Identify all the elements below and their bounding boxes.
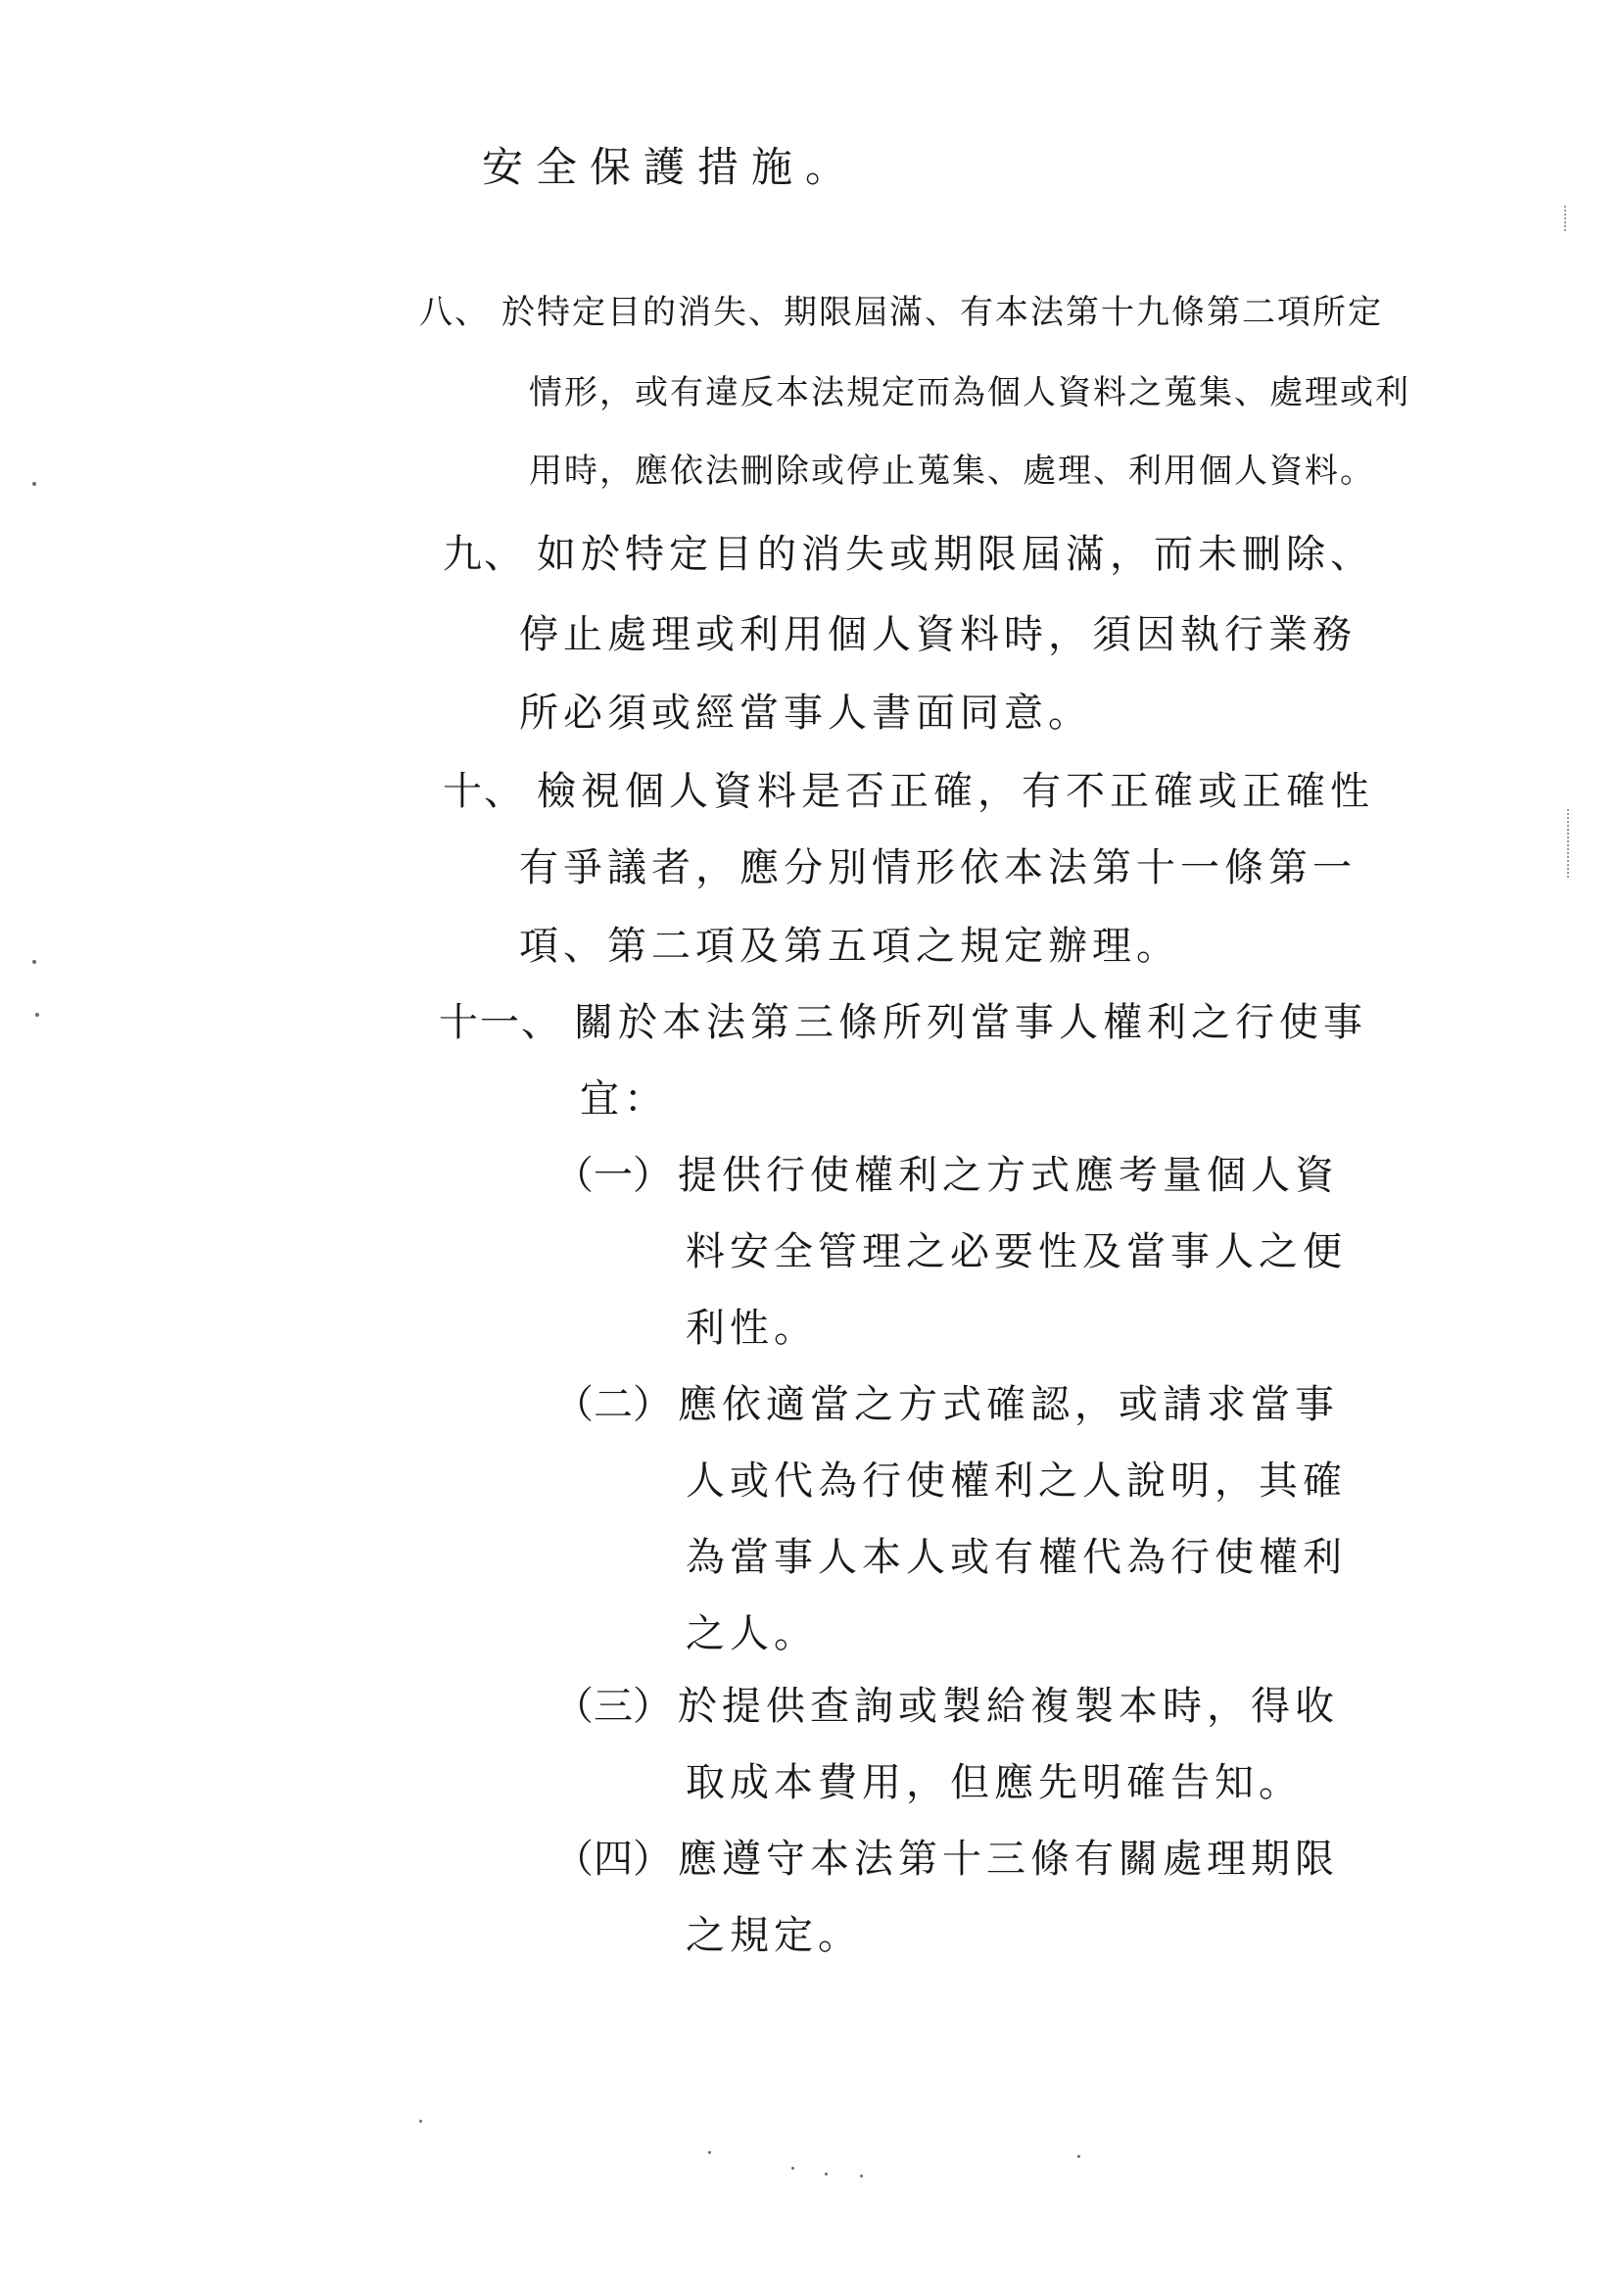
- subitem-1-text-1: 提供行使權利之方式應考量個人資: [678, 1153, 1339, 1198]
- item-11-line-1: 十一、關於本法第三條所列當事人權利之行使事: [439, 1003, 1367, 1042]
- subitem-4-line-2: 之規定。: [686, 1916, 862, 1955]
- item-8-line-3: 用時，應依法刪除或停止蒐集、處理、利用個人資料。: [529, 454, 1375, 488]
- item-11-line-2: 宜：: [580, 1079, 668, 1119]
- scan-edge-mark: [1564, 206, 1568, 231]
- scan-speck: [708, 2151, 711, 2154]
- scan-speck: [825, 2173, 828, 2176]
- item-10-line-1: 十、檢視個人資料是否正確，有不正確或正確性: [443, 772, 1374, 811]
- scan-speck: [35, 1013, 39, 1017]
- scan-speck: [419, 2120, 422, 2123]
- item-9-line-1: 九、如於特定目的消失或期限屆滿，而未刪除、: [443, 535, 1374, 574]
- scan-speck: [791, 2167, 794, 2170]
- item-11-number: 十一、: [439, 1000, 562, 1045]
- item-8-text-1: 於特定目的消失、期限屆滿、有本法第十九條第二項所定: [501, 293, 1383, 332]
- subitem-1-line-2: 料安全管理之必要性及當事人之便: [686, 1232, 1347, 1271]
- scan-speck: [32, 482, 36, 486]
- item-9-line-3: 所必須或經當事人書面同意。: [519, 694, 1092, 733]
- item-10-number: 十、: [443, 769, 525, 814]
- subitem-4-text-1: 應遵守本法第十三條有關處理期限: [678, 1837, 1339, 1882]
- item-10-line-3: 項、第二項及第五項之規定辦理。: [519, 927, 1180, 966]
- subitem-1-number: （一）: [554, 1153, 672, 1198]
- item-8-line-2: 情形，或有違反本法規定而為個人資料之蒐集、處理或利: [529, 376, 1410, 409]
- item-11-text-1: 關於本法第三條所列當事人權利之行使事: [574, 1000, 1367, 1045]
- item-8-number: 八、: [419, 293, 490, 332]
- subitem-2-line-4: 之人。: [686, 1614, 818, 1653]
- subitem-2-line-3: 為當事人本人或有權代為行使權利: [686, 1538, 1347, 1577]
- subitem-3-text-1: 於提供查詢或製給複製本時，得收: [678, 1684, 1339, 1729]
- scan-speck: [1077, 2155, 1080, 2158]
- subitem-3-line-2: 取成本費用，但應先明確告知。: [686, 1763, 1303, 1802]
- item-8-line-1: 八、於特定目的消失、期限屆滿、有本法第十九條第二項所定: [419, 296, 1383, 329]
- subitem-2-line-1: （二）應依適當之方式確認，或請求當事: [554, 1385, 1339, 1424]
- scan-speck: [32, 960, 36, 964]
- subitem-3-line-1: （三）於提供查詢或製給複製本時，得收: [554, 1687, 1339, 1726]
- subitem-2-line-2: 人或代為行使權利之人說明，其確: [686, 1461, 1347, 1501]
- subitem-4-number: （四）: [554, 1837, 672, 1882]
- subitem-4-line-1: （四）應遵守本法第十三條有關處理期限: [554, 1840, 1339, 1879]
- item-10-text-1: 檢視個人資料是否正確，有不正確或正確性: [537, 769, 1374, 814]
- subitem-2-number: （二）: [554, 1382, 672, 1427]
- subitem-3-number: （三）: [554, 1684, 672, 1729]
- subitem-2-text-1: 應依適當之方式確認，或請求當事: [678, 1382, 1339, 1427]
- scan-speck: [860, 2175, 863, 2177]
- subitem-1-line-1: （一）提供行使權利之方式應考量個人資: [554, 1156, 1339, 1195]
- item-10-line-2: 有爭議者，應分別情形依本法第十一條第一: [519, 848, 1357, 887]
- scanned-document-page: 安全保護措施。 八、於特定目的消失、期限屆滿、有本法第十九條第二項所定 情形，或…: [0, 0, 1620, 2296]
- item-9-text-1: 如於特定目的消失或期限屆滿，而未刪除、: [537, 532, 1374, 577]
- item-9-number: 九、: [443, 532, 525, 577]
- subitem-1-line-3: 利性。: [686, 1309, 818, 1348]
- intro-continuation-line: 安全保護措施。: [482, 147, 859, 188]
- item-9-line-2: 停止處理或利用個人資料時，須因執行業務: [519, 615, 1357, 654]
- scan-edge-mark: [1567, 809, 1571, 878]
